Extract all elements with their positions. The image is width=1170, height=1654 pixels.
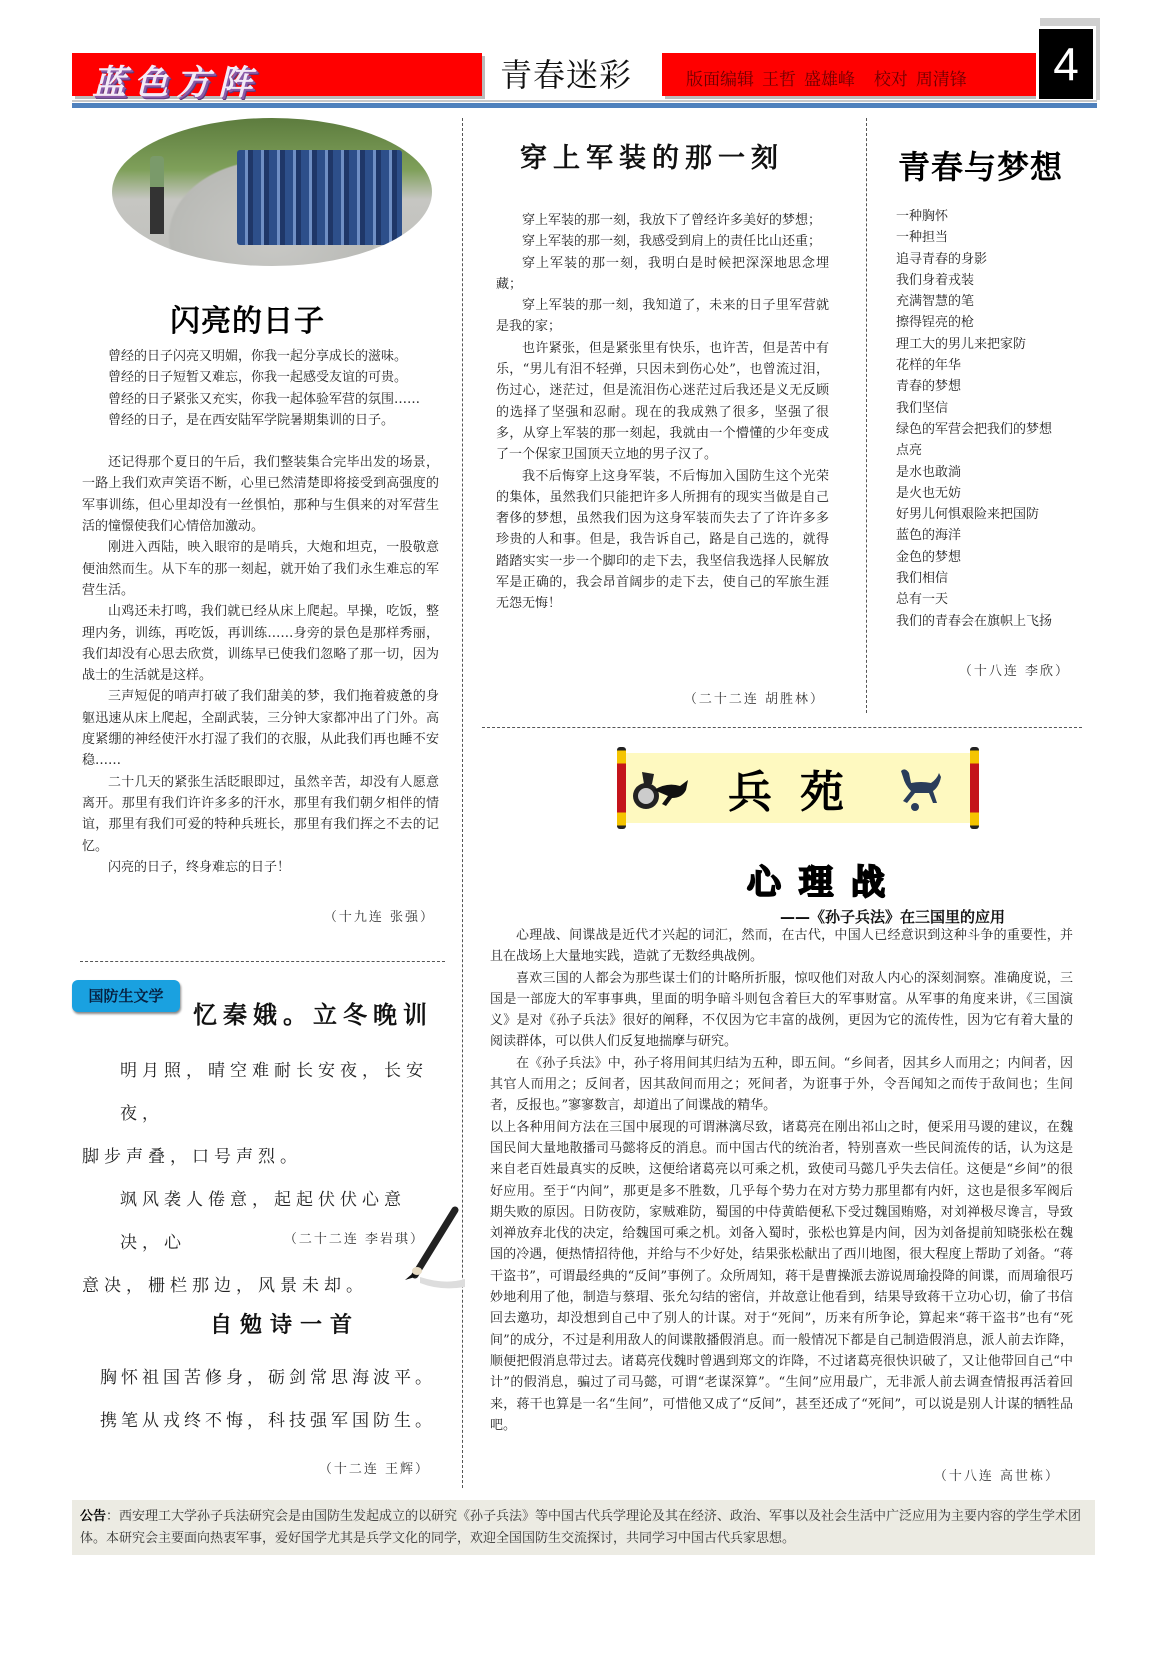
poem-line: 绿色的军营会把我们的梦想 (896, 419, 1096, 440)
paragraph: 以上各种用间方法在三国中展现的可谓淋漓尽致，诸葛亮在刚出祁山之时，便采用马谡的建… (490, 1117, 1073, 1436)
article-title-uniform: 穿上军装的那一刻 (520, 136, 840, 175)
poem-line: 花样的年华 (896, 355, 1096, 376)
paragraph: 我不后悔穿上这身军装，不后悔加入国防生这个光荣的集体，虽然我们只能把许多人所拥有… (496, 466, 829, 615)
editor-name: 王哲 (762, 70, 796, 90)
article-title-psywar: 心理战 (740, 855, 910, 904)
poem-line: 胸怀祖国苦修身，砺剑常思海波平。 (100, 1357, 450, 1400)
editors-label: 版面编辑 (686, 70, 754, 90)
paragraph: 刚进入西陆，映入眼帘的是哨兵，大炮和坦克，一股敬意便油然而生。从下车的那一刻起，… (82, 537, 439, 601)
poem-line: 青春的梦想 (896, 376, 1096, 397)
paragraph: 也许紧张，但是紧张里有快乐，也许苦，但是苦中有乐，“男儿有泪不轻弹，只因未到伤心… (496, 338, 829, 466)
section-divider-literature (80, 961, 445, 962)
editors-banner: 版面编辑王哲盛雄峰 校对周清锋 (662, 53, 1037, 96)
paragraph: 还记得那个夏日的午后，我们整装集合完毕出发的场景，一路上我们欢声笑语不断，心里已… (82, 452, 439, 537)
proofreader-label: 校对 (874, 70, 908, 90)
scroll-rod-left (617, 747, 626, 829)
bingyuan-title: 兵苑 (690, 756, 910, 820)
proofreader-name: 周清锋 (916, 70, 967, 90)
poem-line: 擦得锃亮的枪 (896, 312, 1096, 333)
author-byline: （二十二连 胡胜林） (640, 688, 825, 707)
paragraph: 闪亮的日子，终身难忘的日子！ (82, 857, 439, 878)
editor-credits: 版面编辑王哲盛雄峰 校对周清锋 (686, 65, 975, 90)
paragraph: 心理战、间谍战是近代才兴起的词汇，然而，在古代，中国人已经意识到这种斗争的重要性… (490, 925, 1073, 968)
poem-line: 追寻青春的身影 (896, 249, 1096, 270)
page-theme: 青春迷彩 (500, 50, 650, 96)
poem-title-youth-dream: 青春与梦想 (898, 142, 1098, 188)
paragraph: 穿上军装的那一刻，我明白是时候把深深地思念埋藏； (496, 253, 829, 296)
poem-line: 是水也敢淌 (896, 462, 1096, 483)
poem-body-zimian: 胸怀祖国苦修身，砺剑常思海波平。 携笔从戎终不悔，科技强军国防生。 (100, 1357, 450, 1443)
poem-line: 我们身着戎装 (896, 270, 1096, 291)
brush-icon (375, 1205, 465, 1295)
article-subtitle: ——《孙子兵法》在三国里的应用 (780, 906, 1005, 927)
author-byline: （十二连 王辉） (250, 1458, 430, 1477)
poem-line: 点亮 (896, 440, 1096, 461)
section-banner: 蓝色方阵 (72, 53, 482, 96)
editor-name: 盛雄峰 (804, 70, 855, 90)
notice-body: ：西安理工大学孙子兵法研究会是由国防生发起成立的以研究《孙子兵法》等中国古代兵学… (80, 1509, 1081, 1546)
poem-line: 我们的青春会在旗帜上飞扬 (896, 611, 1096, 632)
poem-body-youth-dream: 一种胸怀 一种担当 追寻青春的身影 我们身着戎装 充满智慧的笔 擦得锃亮的枪 理… (896, 206, 1096, 632)
poem-line: 是火也无妨 (896, 483, 1096, 504)
section-divider-bingyuan (482, 727, 1082, 728)
article-body-shining-days: 曾经的日子闪亮又明媚，你我一起分享成长的滋味。 曾经的日子短暂又难忘，你我一起感… (82, 346, 439, 878)
paragraph: 曾经的日子闪亮又明媚，你我一起分享成长的滋味。 (82, 346, 439, 367)
paragraph: 穿上军装的那一刻，我知道了，未来的日子里军营就是我的家； (496, 295, 829, 338)
header-rule-blue (72, 103, 1097, 108)
paragraph: 在《孙子兵法》中，孙子将用间其归结为五种，即五间。“乡间者，因其乡人而用之；内间… (490, 1053, 1073, 1117)
paragraph: 三声短促的哨声打破了我们甜美的梦，我们拖着疲惫的身躯迅速从床上爬起，全副武装，三… (82, 686, 439, 771)
paragraph: 喜欢三国的人都会为那些谋士们的计略所折服，惊叹他们对敌人内心的深刻洞察。准确度说… (490, 968, 1073, 1053)
header-rule-gray (72, 100, 1097, 102)
poem-line: 一种胸怀 (896, 206, 1096, 227)
paragraph: 穿上军装的那一刻，我放下了曾经许多美好的梦想； (496, 210, 829, 231)
poem-line: 明月照，晴空难耐长安夜，长安夜， (82, 1050, 447, 1136)
poem-line: 我们坚信 (896, 398, 1096, 419)
poem-line: 一种担当 (896, 227, 1096, 248)
article-title-shining-days: 闪亮的日子 (170, 296, 380, 340)
notice-label: 公告 (80, 1509, 106, 1524)
author-byline: （十八连 高世栋） (880, 1465, 1060, 1484)
paragraph: 山鸡还未打鸣，我们就已经从床上爬起。早操，吃饭，整理内务，训练，再吃饭，再训练…… (82, 601, 439, 686)
notice-box: 公告：西安理工大学孙子兵法研究会是由国防生发起成立的以研究《孙子兵法》等中国古代… (72, 1500, 1095, 1555)
paragraph: 曾经的日子短暂又难忘，你我一起感受友谊的可贵。 (82, 367, 439, 388)
poem-title-yiqin-e: 忆秦娥。立冬晚训 (193, 995, 443, 1030)
literature-badge: 国防生文学 (72, 980, 180, 1012)
author-byline: （十八连 李欣） (930, 660, 1070, 679)
poem-title-zimian: 自勉诗一首 (210, 1308, 380, 1339)
poem-line: 我们相信 (896, 568, 1096, 589)
section-title: 蓝色方阵 (92, 55, 260, 104)
chariot-icon (632, 768, 692, 812)
poem-line: 理工大的男儿来把家防 (896, 334, 1096, 355)
article-body-uniform: 穿上军装的那一刻，我放下了曾经许多美好的梦想； 穿上军装的那一刻，我感受到肩上的… (496, 210, 829, 615)
author-byline: （十九连 张强） (200, 906, 435, 925)
poem-line: 蓝色的海洋 (896, 525, 1096, 546)
officer-figure (150, 156, 164, 234)
notice-text: 公告：西安理工大学孙子兵法研究会是由国防生发起成立的以研究《孙子兵法》等中国古代… (80, 1506, 1085, 1550)
article-body-psywar: 心理战、间谍战是近代才兴起的词汇，然而，在古代，中国人已经意识到这种斗争的重要性… (490, 925, 1073, 1436)
poem-line: 好男儿何惧艰险来把国防 (896, 504, 1096, 525)
military-training-photo (112, 118, 432, 266)
page-number: 4 (1036, 26, 1096, 102)
paragraph: 曾经的日子紧张又充实，你我一起体验军营的氛围…… (82, 389, 439, 410)
paragraph: 二十几天的紧张生活眨眼即过，虽然辛苦，却没有人愿意离开。那里有我们许许多多的汗水… (82, 772, 439, 857)
paragraph: 穿上军装的那一刻，我感受到肩上的责任比山还重； (496, 231, 829, 252)
soldier-formation (237, 150, 402, 245)
poem-line: 总有一天 (896, 589, 1096, 610)
poem-line: 充满智慧的笔 (896, 291, 1096, 312)
poem-line: 金色的梦想 (896, 547, 1096, 568)
column-divider-right (866, 118, 867, 713)
paragraph-blank (82, 431, 439, 452)
poem-line: 脚步声叠，口号声烈。 (82, 1136, 447, 1179)
poem-line: 携笔从戎终不悔，科技强军国防生。 (100, 1400, 450, 1443)
scroll-rod-right (970, 747, 979, 829)
galloping-horse-icon (893, 763, 943, 813)
paragraph: 曾经的日子，是在西安陆军学院暑期集训的日子。 (82, 410, 439, 431)
